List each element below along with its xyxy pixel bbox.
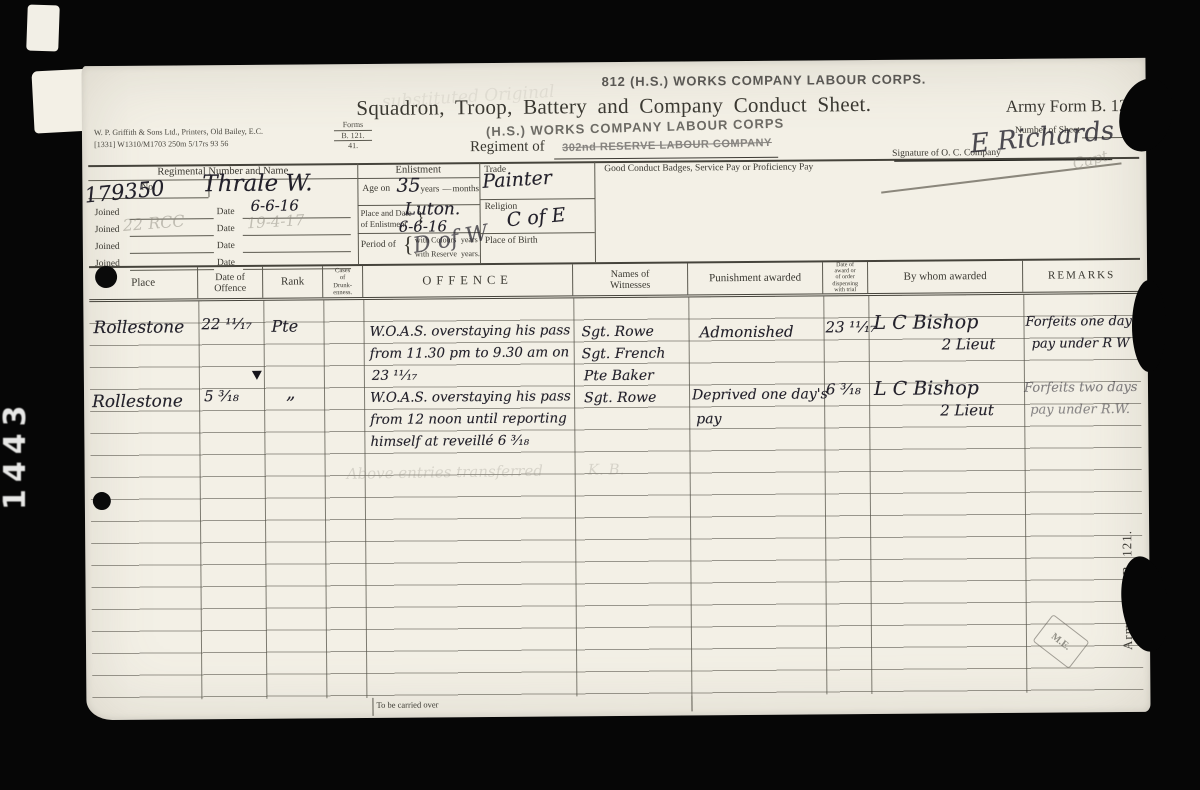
row1-witness-3: Pte Baker (584, 368, 654, 385)
row2-rank-ditto: „ (286, 383, 295, 404)
age-separator: — (442, 183, 451, 193)
grid-line-1 (198, 301, 202, 699)
soldier-name-value: Thrale W. (202, 170, 312, 197)
row1-remarks-line1: Forfeits one day (1025, 314, 1132, 330)
with-reserve-years: years. (461, 249, 480, 258)
film-white-speck (26, 4, 60, 51)
grid-line-5 (573, 298, 577, 696)
row2-witness-1: Sgt. Rowe (584, 390, 656, 407)
row2-offence-line3: himself at reveillé 6 ³⁄₁₈ (370, 433, 529, 450)
printer-imprint-line2: [1331] W1310/M1703 250m 5/17rs 93 56 (94, 139, 228, 149)
col-header-award-date: Date of award or of order dispensing wit… (823, 262, 868, 293)
col-header-offence: OFFENCE (363, 264, 573, 297)
row2-offence-line2: from 12 noon until reporting (370, 410, 567, 428)
col-header-rank: Rank (263, 266, 323, 297)
footer-tick-1 (372, 698, 373, 716)
regiment-of-label: Regiment of (470, 139, 545, 157)
microfilm-scan: 1443 substituted Original 812 (H.S.) WOR… (0, 0, 1200, 790)
row2-awarded-by-rank: 2 Lieut (940, 401, 994, 419)
row2-offence-date: 5 ³⁄₁₈ (204, 387, 239, 405)
row1-awarded-by-rank: 2 Lieut (942, 335, 996, 353)
row1-witness-2: Sgt. French (582, 346, 666, 363)
row2-offence-line1: W.O.A.S. overstaying his pass (370, 388, 571, 406)
religion-rule (480, 232, 595, 234)
row1-offence-line2: from 11.30 pm to 9.30 am on (370, 344, 570, 362)
footer-tick-2 (691, 695, 692, 711)
good-conduct-label: Good Conduct Badges, Service Pay or Prof… (604, 162, 813, 174)
grid-line-7 (823, 296, 827, 694)
joined-date-rule-3 (243, 251, 351, 253)
me-stamp-text: M.E. (1049, 631, 1072, 653)
date-label-3: Date (217, 241, 235, 251)
grid-line-2 (263, 301, 267, 699)
place-of-birth-label: Place of Birth (485, 236, 538, 246)
film-reel-number: 1443 (0, 360, 33, 510)
age-years-label: years (420, 183, 439, 193)
page-title: Squadron, Troop, Battery and Company Con… (344, 92, 884, 121)
forms-sub: 41. (334, 141, 372, 151)
date-label-2: Date (217, 224, 235, 234)
unit-stamp-top: 812 (H.S.) WORKS COMPANY LABOUR CORPS. (602, 72, 927, 90)
col-header-punishment: Punishment awarded (688, 262, 823, 294)
struck-regiment-stamp: 302nd RESERVE LABOUR COMPANY (562, 137, 772, 154)
row1-rank: Pte (271, 316, 298, 335)
grid-line-8 (868, 296, 872, 694)
forms-reference-box: Forms B. 121. 41. (334, 120, 372, 151)
row1-remarks-line2: pay under R W (1032, 336, 1130, 352)
date-label-1: Date (217, 207, 235, 217)
row1-place: Rollestone (93, 317, 184, 338)
grid-line-6 (688, 297, 692, 695)
col-header-by-whom: By whom awarded (868, 261, 1023, 293)
joined-rule-3 (130, 252, 214, 254)
period-of-label: Period of (361, 240, 396, 250)
grid-line-4 (363, 300, 367, 698)
joined-date-rule-2 (243, 234, 351, 236)
joined-label-3: Joined (95, 242, 120, 252)
row2-award-date: 6 ³⁄₁₈ (826, 380, 861, 398)
printer-imprint-line1: W. P. Griffith & Sons Ltd., Printers, Ol… (94, 127, 263, 137)
grid-line-9 (1023, 295, 1027, 693)
ink-mark-arrow (252, 371, 262, 380)
col-header-cases-drunkenness: Cases of Drunk- enness. (323, 266, 363, 297)
age-months-label: months (452, 183, 479, 193)
joined-date-value-2: 19-4-17 (246, 211, 305, 232)
col-header-date-of-offence: Date of Offence (198, 267, 263, 299)
grid-line-3 (323, 300, 327, 698)
trade-rule (480, 198, 595, 200)
film-edge-blob-2 (1132, 280, 1166, 372)
religion-value: C of E (506, 204, 567, 232)
row2-remarks-line1: Forfeits two days (1024, 380, 1138, 396)
joined-label-1: Joined (95, 208, 120, 218)
punch-hole-top (95, 266, 117, 288)
row1-offence-line1: W.O.A.S. overstaying his pass (369, 322, 570, 340)
carried-over-label: To be carried over (376, 699, 438, 709)
row2-place: Rollestone (92, 391, 183, 412)
row2-punishment-line1: Deprived one day's (692, 386, 828, 403)
age-value: 35 (396, 175, 420, 197)
age-on-label: Age on (362, 184, 390, 194)
info-divider-2 (479, 162, 481, 263)
info-divider-3 (594, 161, 596, 262)
forms-number: B. 121. (334, 131, 372, 142)
row1-witness-1: Sgt. Rowe (581, 324, 653, 341)
joined-label-2: Joined (95, 225, 120, 235)
row2-awarded-by: L C Bishop (874, 377, 979, 400)
joined-value-2: 22 RCC (122, 211, 185, 235)
row2-remarks-line2: pay under R.W. (1030, 402, 1130, 418)
trade-value: Painter (482, 167, 553, 193)
row1-offence-date: 22 ¹¹⁄₁₇ (201, 315, 252, 333)
punch-hole-bottom (93, 492, 111, 510)
forms-label: Forms (334, 120, 372, 131)
col-header-remarks: REMARKS (1023, 260, 1140, 292)
joined-rule-2 (130, 235, 214, 237)
col-header-witnesses: Names of Witnesses (573, 263, 688, 295)
row1-offence-line3: 23 ¹¹⁄₁₇ (372, 368, 417, 384)
row1-awarded-by: L C Bishop (873, 311, 978, 334)
conduct-sheet-page: substituted Original 812 (H.S.) WORKS CO… (81, 58, 1150, 720)
row1-punishment: Admonished (699, 323, 793, 342)
row1-award-date: 23 ¹¹⁄₁₇ (825, 318, 876, 336)
row2-punishment-line2: pay (696, 411, 721, 427)
